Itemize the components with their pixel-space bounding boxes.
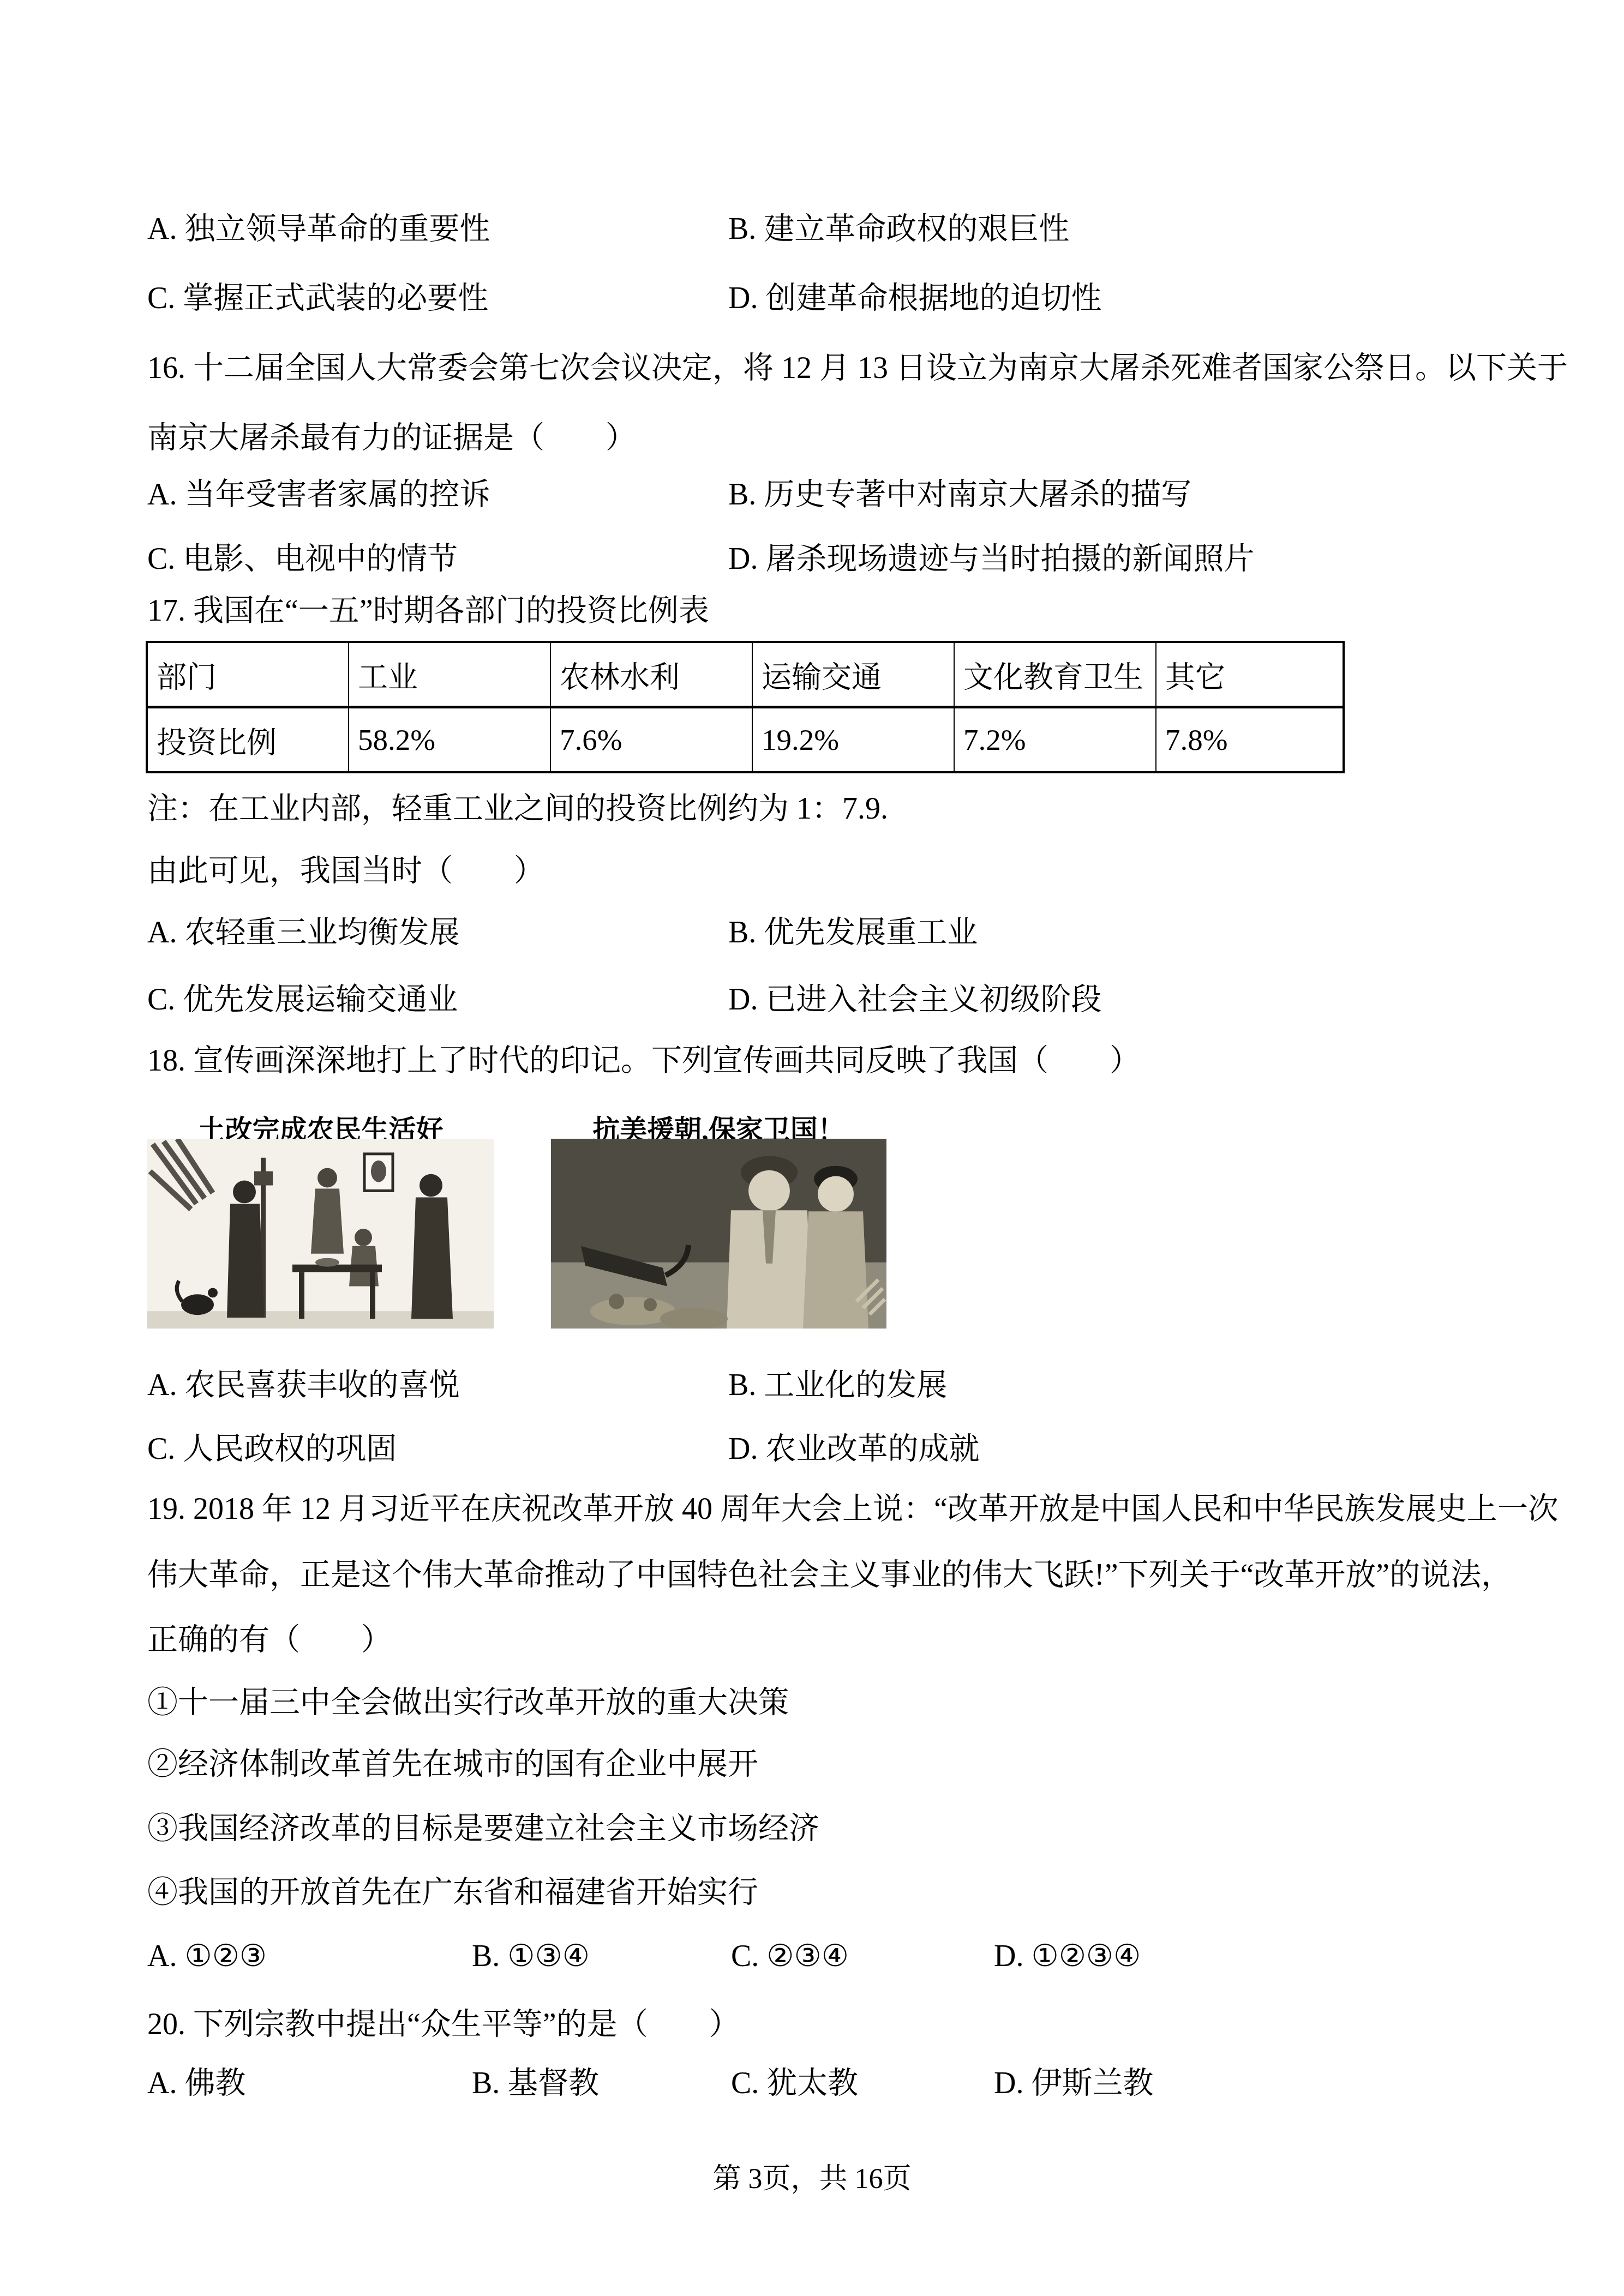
q20-options-row: A. 佛教 B. 基督教 C. 犹太教 D. 伊斯兰教 bbox=[147, 2064, 1489, 2102]
q20-option-b: B. 基督教 bbox=[472, 2064, 731, 2102]
table-value-culture: 7.2% bbox=[954, 707, 1156, 773]
q15-option-c: C. 掌握正式武装的必要性 bbox=[147, 279, 728, 317]
soldier-and-woman-scene bbox=[551, 1139, 886, 1329]
q19-stem-line2: 伟大革命，正是这个伟大革命推动了中国特色社会主义事业的伟大飞跃!”下列关于“改革… bbox=[147, 1556, 1489, 1594]
q18-options-row-cd: C. 人民政权的巩固 D. 农业改革的成就 bbox=[147, 1430, 1489, 1468]
q17-stem: 17. 我国在“一五”时期各部门的投资比例表 bbox=[147, 592, 1489, 630]
q17-options-row-ab: A. 农轻重三业均衡发展 B. 优先发展重工业 bbox=[147, 913, 1489, 952]
investment-ratio-table: 部门 工业 农林水利 运输交通 文化教育卫生 其它 投资比例 58.2% 7.6… bbox=[146, 641, 1345, 773]
table-value-other: 7.8% bbox=[1156, 707, 1344, 773]
q19-item-3: ③我国经济改革的目标是要建立社会主义市场经济 bbox=[147, 1810, 1489, 1848]
q19-option-b: B. ①③④ bbox=[472, 1937, 731, 1975]
q18-options-row-ab: A. 农民喜获丰收的喜悦 B. 工业化的发展 bbox=[147, 1366, 1489, 1404]
q19-option-d: D. ①②③④ bbox=[994, 1937, 1141, 1975]
q17-option-d: D. 已进入社会主义初级阶段 bbox=[728, 981, 1101, 1019]
table-header-transport: 运输交通 bbox=[752, 642, 954, 707]
q16-option-d: D. 屠杀现场遗迹与当时拍摄的新闻照片 bbox=[728, 540, 1254, 578]
q18-option-c: C. 人民政权的巩固 bbox=[147, 1430, 728, 1468]
q20-option-d: D. 伊斯兰教 bbox=[994, 2064, 1153, 2102]
table-value-agriculture: 7.6% bbox=[550, 707, 752, 773]
table-header-row: 部门 工业 农林水利 运输交通 文化教育卫生 其它 bbox=[147, 642, 1344, 707]
q18-option-b: B. 工业化的发展 bbox=[728, 1366, 947, 1404]
farmers-scene bbox=[147, 1139, 494, 1329]
exam-page: A. 独立领导革命的重要性 B. 建立革命政权的艰巨性 C. 掌握正式武装的必要… bbox=[0, 0, 1624, 2296]
q17-options-row-cd: C. 优先发展运输交通业 D. 已进入社会主义初级阶段 bbox=[147, 981, 1489, 1019]
q19-stem-line3: 正确的有（ ） bbox=[147, 1621, 1489, 1659]
q19-option-a: A. ①②③ bbox=[147, 1937, 472, 1975]
q16-option-a: A. 当年受害者家属的控诉 bbox=[147, 476, 728, 514]
korean-war-poster-image bbox=[551, 1139, 886, 1329]
q19-item-1: ①十一届三中全会做出实行改革开放的重大决策 bbox=[147, 1684, 1489, 1722]
q16-options-row-ab: A. 当年受害者家属的控诉 B. 历史专著中对南京大屠杀的描写 bbox=[147, 476, 1489, 514]
q15-option-a: A. 独立领导革命的重要性 bbox=[147, 210, 728, 248]
q19-options-row: A. ①②③ B. ①③④ C. ②③④ D. ①②③④ bbox=[147, 1937, 1489, 1975]
table-header-department: 部门 bbox=[147, 642, 349, 707]
table-header-other: 其它 bbox=[1156, 642, 1344, 707]
page-number-footer: 第 3页，共 16页 bbox=[0, 2155, 1624, 2196]
q16-stem-line1: 16. 十二届全国人大常委会第七次会议决定，将 12 月 13 日设立为南京大屠… bbox=[147, 349, 1489, 387]
q19-stem-line1: 19. 2018 年 12 月习近平在庆祝改革开放 40 周年大会上说：“改革开… bbox=[147, 1490, 1489, 1528]
q16-stem-line2: 南京大屠杀最有力的证据是（ ） bbox=[147, 419, 1489, 457]
table-value-transport: 19.2% bbox=[752, 707, 954, 773]
table-header-agriculture: 农林水利 bbox=[550, 642, 752, 707]
q18-stem: 18. 宣传画深深地打上了时代的印记。下列宣传画共同反映了我国（ ） bbox=[147, 1042, 1489, 1080]
table-header-industry: 工业 bbox=[349, 642, 550, 707]
q17-conclusion: 由此可见，我国当时（ ） bbox=[147, 852, 1489, 890]
q15-options-row-cd: C. 掌握正式武装的必要性 D. 创建革命根据地的迫切性 bbox=[147, 279, 1489, 317]
table-value-industry: 58.2% bbox=[349, 707, 550, 773]
q17-table-note: 注：在工业内部，轻重工业之间的投资比例约为 1：7.9. bbox=[147, 790, 1489, 828]
q16-option-c: C. 电影、电视中的情节 bbox=[147, 540, 728, 578]
q16-options-row-cd: C. 电影、电视中的情节 D. 屠杀现场遗迹与当时拍摄的新闻照片 bbox=[147, 540, 1489, 578]
table-data-row: 投资比例 58.2% 7.6% 19.2% 7.2% 7.8% bbox=[147, 707, 1344, 773]
q18-option-d: D. 农业改革的成就 bbox=[728, 1430, 979, 1468]
q20-stem: 20. 下列宗教中提出“众生平等”的是（ ） bbox=[147, 2005, 1489, 2043]
q15-options-row-ab: A. 独立领导革命的重要性 B. 建立革命政权的艰巨性 bbox=[147, 210, 1489, 248]
land-reform-poster-image bbox=[147, 1139, 494, 1329]
q20-option-a: A. 佛教 bbox=[147, 2064, 472, 2102]
q19-option-c: C. ②③④ bbox=[731, 1937, 994, 1975]
table-header-culture: 文化教育卫生 bbox=[954, 642, 1156, 707]
q19-item-4: ④我国的开放首先在广东省和福建省开始实行 bbox=[147, 1873, 1489, 1912]
q15-option-d: D. 创建革命根据地的迫切性 bbox=[728, 279, 1101, 317]
table-row-label: 投资比例 bbox=[147, 707, 349, 773]
q20-option-c: C. 犹太教 bbox=[731, 2064, 994, 2102]
q19-item-2: ②经济体制改革首先在城市的国有企业中展开 bbox=[147, 1745, 1489, 1783]
q17-option-c: C. 优先发展运输交通业 bbox=[147, 981, 728, 1019]
q15-option-b: B. 建立革命政权的艰巨性 bbox=[728, 210, 1069, 248]
q16-option-b: B. 历史专著中对南京大屠杀的描写 bbox=[728, 476, 1191, 514]
q18-option-a: A. 农民喜获丰收的喜悦 bbox=[147, 1366, 728, 1404]
q17-option-a: A. 农轻重三业均衡发展 bbox=[147, 913, 728, 952]
q17-option-b: B. 优先发展重工业 bbox=[728, 913, 978, 952]
